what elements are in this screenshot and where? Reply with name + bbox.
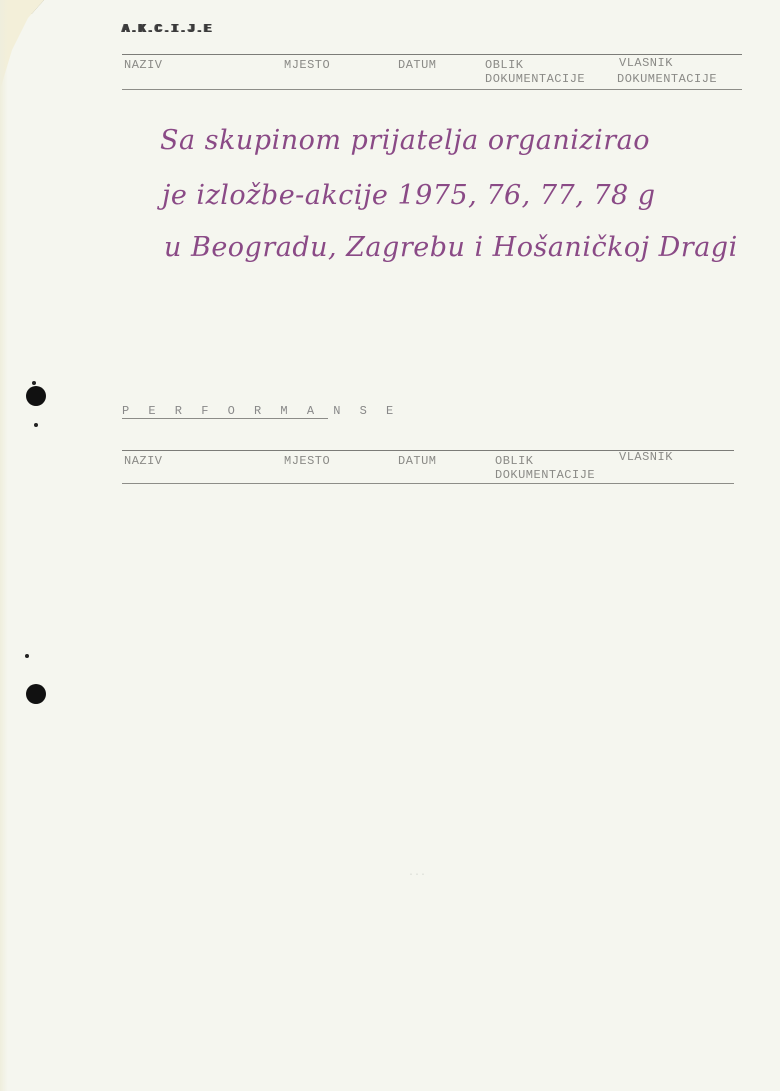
handwritten-line-1: Sa skupinom prijatelja organizirao (160, 125, 650, 156)
punch-hole-mark (25, 654, 29, 658)
column-header-naziv: NAZIV (124, 454, 163, 468)
column-header-vlasnik-line2: DOKUMENTACIJE (617, 72, 717, 86)
column-header-oblik: OBLIK (485, 58, 524, 72)
column-header-vlasnik: VLASNIK (619, 56, 673, 70)
table-top-rule (122, 54, 742, 55)
table-bottom-rule (122, 483, 734, 484)
page-edge (0, 0, 8, 1091)
column-header-vlasnik: VLASNIK (619, 450, 673, 464)
document-page (0, 0, 780, 1091)
faint-mark: ... (408, 868, 426, 879)
column-header-mjesto: MJESTO (284, 58, 330, 72)
column-header-oblik: OBLIK (495, 454, 534, 468)
column-header-datum: DATUM (398, 454, 437, 468)
column-header-mjesto: MJESTO (284, 454, 330, 468)
column-header-oblik-line2: DOKUMENTACIJE (485, 72, 585, 86)
section-heading-performanse: P E R F O R M A N S E (122, 404, 399, 418)
column-header-oblik-line2: DOKUMENTACIJE (495, 468, 595, 482)
column-header-datum: DATUM (398, 58, 437, 72)
section-heading-underline (122, 418, 328, 419)
punch-hole-mark (32, 381, 36, 385)
punch-hole (26, 386, 46, 406)
handwritten-line-2: je izložbe-akcije 1975, 76, 77, 78 g (162, 180, 656, 211)
table-bottom-rule (122, 89, 742, 90)
punch-hole (26, 684, 46, 704)
column-header-naziv: NAZIV (124, 58, 163, 72)
section-heading-akcije: A.K.C.I.J.E (122, 22, 212, 36)
handwritten-line-3: u Beogradu, Zagrebu i Hošaničkoj Dragi (164, 232, 738, 263)
punch-hole-mark (34, 423, 38, 427)
